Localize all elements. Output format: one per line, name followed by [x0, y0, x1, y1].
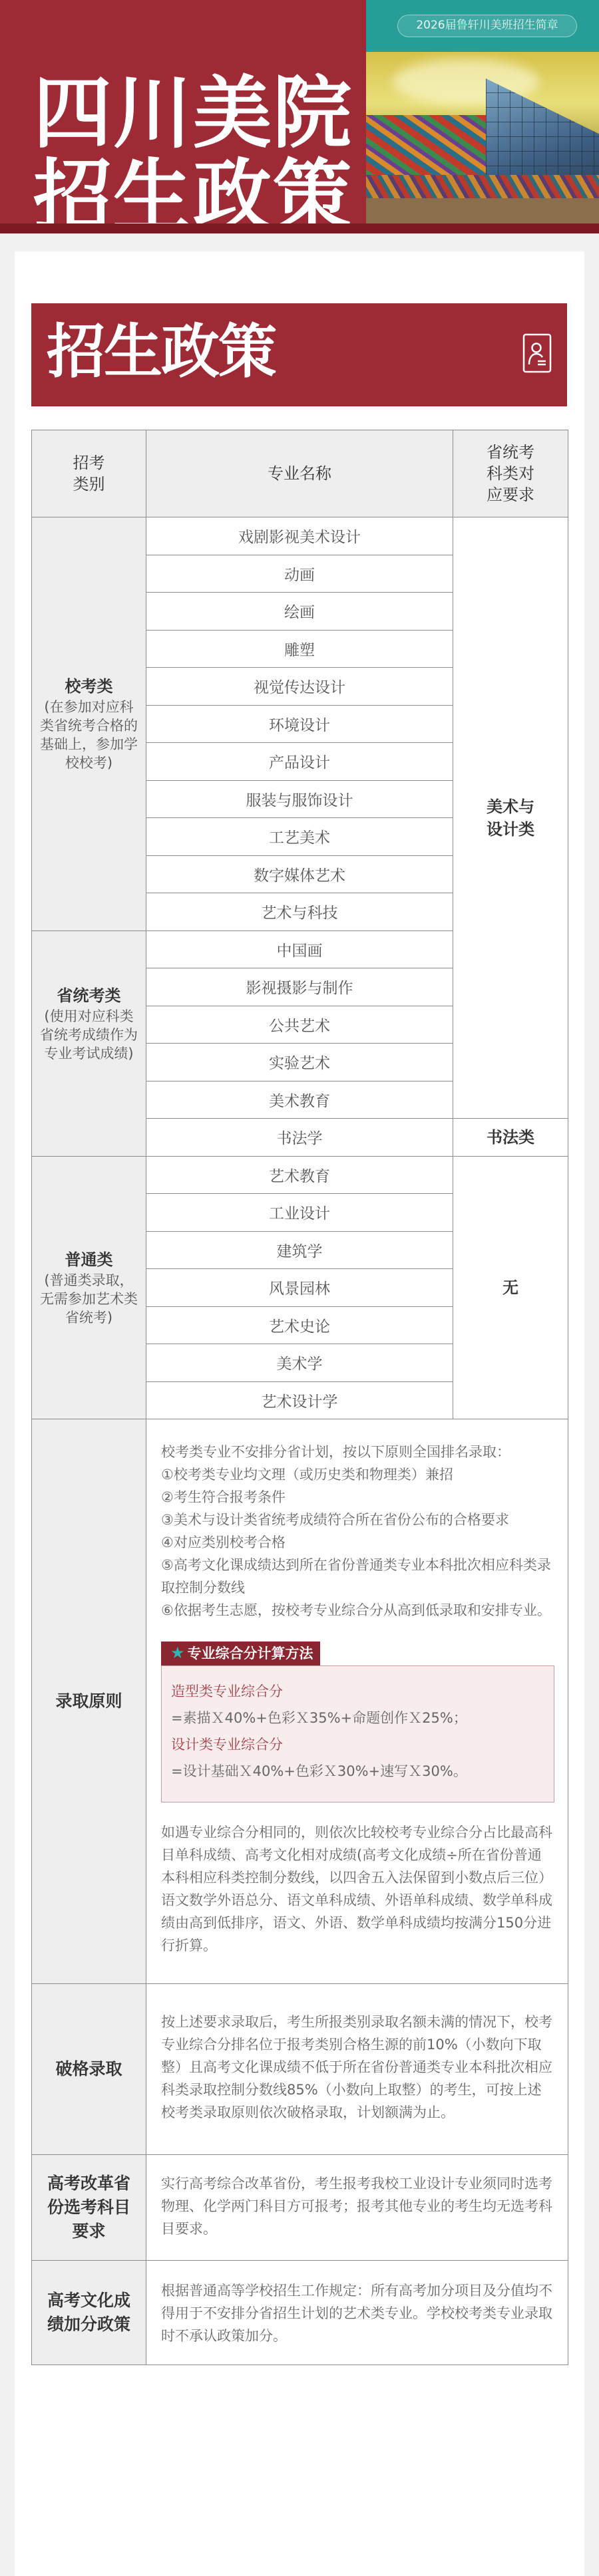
major-cell: 影视摄影与制作 — [146, 968, 453, 1006]
admission-principle-content: 校考类专业不安排分省计划，按以下原则全国排名录取： ①校考类专业均文理（或历史类… — [146, 1419, 568, 1984]
banner-teal-strip: 2026届鲁轩川美班招生简章 — [366, 0, 599, 52]
bonus-policy-text: 根据普通高等学校招生工作规定：所有高考加分项目及分值均不得用于不安排分省招生计划… — [146, 2261, 568, 2365]
major-cell: 工业设计 — [146, 1194, 453, 1232]
method-formula-design: =设计基础Ｘ40%+色彩Ｘ30%+速写Ｘ30%。 — [171, 1758, 544, 1785]
major-cell: 雕塑 — [146, 630, 453, 668]
banner-right-panel: 2026届鲁轩川美班招生简章 — [366, 0, 599, 223]
major-cell: 艺术教育 — [146, 1156, 453, 1194]
bonus-policy-label: 高考文化成绩加分政策 — [32, 2261, 146, 2365]
table-row: 普通类 (普通类录取，无需参加艺术类省统考) 艺术教育 无 — [32, 1156, 568, 1194]
requirement-cell-calligraphy: 书法类 — [453, 1119, 568, 1157]
major-cell: 服装与服饰设计 — [146, 780, 453, 818]
major-cell: 环境设计 — [146, 705, 453, 743]
major-cell: 美术教育 — [146, 1081, 453, 1119]
exceptional-admission-row: 破格录取 按上述要求录取后，考生所报类别录取名额未满的情况下，校考专业综合分排名… — [32, 1984, 568, 2155]
principle-intro: 校考类专业不安排分省计划，按以下原则全国排名录取： — [161, 1441, 554, 1463]
header-category: 招考类别 — [32, 430, 146, 517]
major-cell: 艺术史论 — [146, 1306, 453, 1344]
major-cell: 中国画 — [146, 930, 453, 968]
content-card: 招生政策 招考类别 专业名称 省统考科类对应要求 — [15, 251, 584, 2576]
major-cell: 书法学 — [146, 1119, 453, 1157]
category-cell-general: 普通类 (普通类录取，无需参加艺术类省统考) — [32, 1156, 146, 1419]
category-name: 普通类 — [32, 1248, 146, 1271]
major-cell: 艺术设计学 — [146, 1381, 453, 1419]
calculation-method-tag: ★专业综合分计算方法 — [161, 1642, 320, 1665]
major-cell: 数字媒体艺术 — [146, 855, 453, 893]
exceptional-admission-text: 按上述要求录取后，考生所报类别录取名额未满的情况下，校考专业综合分排名位于报考类… — [146, 1984, 568, 2155]
principle-item-2: ②考生符合报考条件 — [161, 1486, 554, 1508]
subject-requirement-label: 高考改革省份选考科目要求 — [32, 2155, 146, 2261]
major-cell: 风景园林 — [146, 1269, 453, 1307]
category-cell-school-exam: 校考类 (在参加对应科类省统考合格的基础上，参加学校校考) — [32, 517, 146, 931]
method-title-modeling: 造型类专业综合分 — [171, 1678, 544, 1705]
category-note: (普通类录取，无需参加艺术类省统考) — [32, 1271, 146, 1327]
major-cell: 实验艺术 — [146, 1044, 453, 1081]
principle-item-1: ①校考类专业均文理（或历史类和物理类）兼招 — [161, 1463, 554, 1486]
section-header: 招生政策 — [31, 303, 567, 406]
star-icon: ★ — [170, 1644, 185, 1662]
admission-policy-table: 招考类别 专业名称 省统考科类对应要求 校考类 (在参加对应科类省统考合格的基础… — [31, 430, 568, 2365]
major-cell: 视觉传达设计 — [146, 668, 453, 706]
banner-bottom-band — [0, 223, 599, 233]
major-cell: 动画 — [146, 555, 453, 593]
method-formula-modeling: =素描Ｘ40%+色彩Ｘ35%+命题创作Ｘ25%； — [171, 1705, 544, 1731]
admission-principle-row: 录取原则 校考类专业不安排分省计划，按以下原则全国排名录取： ①校考类专业均文理… — [32, 1419, 568, 1984]
calculation-method-box: 造型类专业综合分 =素描Ｘ40%+色彩Ｘ35%+命题创作Ｘ25%； 设计类专业综… — [161, 1665, 554, 1802]
exceptional-admission-label: 破格录取 — [32, 1984, 146, 2155]
requirement-cell-none: 无 — [453, 1156, 568, 1419]
section-title: 招生政策 — [47, 310, 276, 393]
principle-item-3: ③美术与设计类省统考成绩符合所在省份公布的合格要求 — [161, 1508, 554, 1531]
header-requirement: 省统考科类对应要求 — [453, 430, 568, 517]
category-note: (在参加对应科类省统考合格的基础上，参加学校校考) — [32, 698, 146, 772]
major-cell: 工艺美术 — [146, 818, 453, 856]
category-name: 省统考类 — [32, 984, 146, 1007]
major-cell: 产品设计 — [146, 743, 453, 781]
principle-item-4: ④对应类别校考合格 — [161, 1531, 554, 1554]
header-major: 专业名称 — [146, 430, 453, 517]
table-row: 校考类 (在参加对应科类省统考合格的基础上，参加学校校考) 戏剧影视美术设计 美… — [32, 517, 568, 555]
brochure-tag: 2026届鲁轩川美班招生简章 — [397, 15, 577, 37]
major-cell: 戏剧影视美术设计 — [146, 517, 453, 555]
profile-card-icon — [522, 325, 552, 387]
method-title-design: 设计类专业综合分 — [171, 1731, 544, 1758]
major-cell: 建筑学 — [146, 1231, 453, 1269]
admission-principle-label: 录取原则 — [32, 1419, 146, 1984]
major-cell: 美术学 — [146, 1344, 453, 1382]
principle-item-6: ⑥依据考生志愿，按校考专业综合分从高到低录取和安排专业。 — [161, 1599, 554, 1622]
hero-banner: 四川美院 招生政策 2026届鲁轩川美班招生简章 — [0, 0, 599, 233]
major-cell: 公共艺术 — [146, 1006, 453, 1044]
subject-requirement-row: 高考改革省份选考科目要求 实行高考综合改革省份，考生报考我校工业设计专业须同时选… — [32, 2155, 568, 2261]
table-header-row: 招考类别 专业名称 省统考科类对应要求 — [32, 430, 568, 517]
photo-ground — [366, 198, 599, 223]
banner-title: 四川美院 招生政策 — [33, 72, 353, 233]
banner-title-line2: 招生政策 — [33, 155, 353, 233]
campus-building-photo — [366, 52, 599, 223]
subject-requirement-text: 实行高考综合改革省份，考生报考我校工业设计专业须同时选考物理、化学两门科目方可报… — [146, 2155, 568, 2261]
major-cell: 艺术与科技 — [146, 893, 453, 931]
tie-break-rule: 如遇专业综合分相同的，则依次比较校考专业综合分占比最高科目单科成绩、高考文化相对… — [161, 1821, 554, 1957]
category-name: 校考类 — [32, 675, 146, 698]
requirement-cell-art-design: 美术与设计类 — [453, 517, 568, 1119]
major-cell: 绘画 — [146, 593, 453, 631]
principle-item-5: ⑤高考文化课成绩达到所在省份普通类专业本科批次相应科类录取控制分数线 — [161, 1554, 554, 1599]
bonus-policy-row: 高考文化成绩加分政策 根据普通高等学校招生工作规定：所有高考加分项目及分值均不得… — [32, 2261, 568, 2365]
banner-title-line1: 四川美院 — [33, 72, 353, 155]
category-note: (使用对应科类省统考成绩作为专业考试成绩) — [32, 1007, 146, 1063]
category-cell-provincial-exam: 省统考类 (使用对应科类省统考成绩作为专业考试成绩) — [32, 930, 146, 1156]
